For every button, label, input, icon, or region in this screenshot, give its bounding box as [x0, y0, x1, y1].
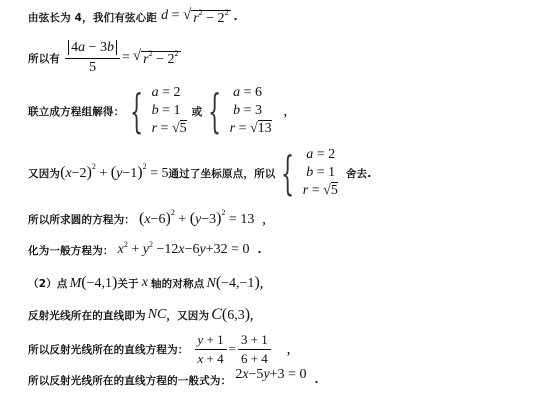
comma: ，	[250, 308, 261, 323]
text: （2）点	[28, 276, 68, 291]
line-reflected-ray: 反射光线所在的直线即为 NC ，又因为 C(6,3) ，	[28, 306, 261, 324]
system-1: { a = 2 b = 1 r = √5	[126, 84, 186, 138]
text2: 通过了坐标原点，所以	[168, 166, 275, 181]
comma: ，	[287, 342, 298, 357]
line-circle-equation: 所以所求圆的方程为： (x−6)2 + (y−3)2 = 13 ，	[28, 210, 273, 228]
text: 所以反射光线所在的直线方程为：	[28, 342, 189, 357]
comma: ，	[284, 104, 295, 119]
system-2: { a = 6 b = 3 r = √13	[204, 84, 271, 138]
formula-final: 2x−5y+3 = 0	[235, 367, 306, 383]
text2: 关于	[117, 276, 138, 291]
line-origin-check: 又因为 (x−2)2 + (y−1)2 = 5 通过了坐标原点，所以 { a =…	[28, 146, 371, 200]
formula-general: x2 + y2 −12x−6y+32 = 0	[118, 242, 250, 258]
text: 又因为	[28, 166, 60, 181]
formula-two-point: y + 1x + 4 = 3 + 16 + 4	[193, 332, 273, 366]
point-m: M(−4,1)	[70, 274, 118, 292]
period: .	[258, 244, 262, 256]
text: 由弦长为 4，我们有弦心距	[28, 10, 157, 25]
formula-circle-1: (x−2)2 + (y−1)2 = 5	[60, 164, 168, 182]
text: 联立成方程组解得：	[28, 104, 124, 119]
comma: ，	[260, 276, 271, 291]
discard-text: 舍去.	[346, 166, 372, 181]
point-n: N(−4,−1)	[206, 274, 259, 292]
text: 反射光线所在的直线即为	[28, 308, 146, 323]
line-final-form: 所以反射光线所在的直线方程的一般式为： 2x−5y+3 = 0 .	[28, 372, 319, 388]
formula-circle-2: (x−6)2 + (y−3)2 = 13	[139, 210, 254, 228]
line-distance-equation: 所以有 4a − 3b5 = √r2 − 22	[28, 40, 181, 77]
text: 所以反射光线所在的直线方程的一般式为：	[28, 373, 231, 388]
formula-d: d = √r2 − 22	[161, 8, 231, 26]
text2: ，又因为	[166, 308, 209, 323]
period: .	[314, 374, 318, 386]
line-system-solution: 联立成方程组解得： { a = 2 b = 1 r = √5 或 { a = 6…	[28, 84, 294, 138]
text: 所以所求圆的方程为：	[28, 212, 135, 227]
comma: ，	[262, 212, 273, 227]
line-two-point-form: 所以反射光线所在的直线方程为： y + 1x + 4 = 3 + 16 + 4 …	[28, 332, 298, 366]
period: .	[234, 11, 238, 23]
text: 所以有	[28, 51, 60, 66]
line-part-2: （2）点 M(−4,1) 关于 x 轴的对称点 N(−4,−1) ，	[28, 274, 270, 292]
system-rejected: { a = 2 b = 1 r = √5	[277, 146, 337, 200]
line-chord-distance: 由弦长为 4，我们有弦心距 d = √r2 − 22 .	[28, 8, 238, 26]
line-general-form: 化为一般方程为： x2 + y2 −12x−6y+32 = 0 .	[28, 242, 262, 258]
line-nc: NC	[148, 307, 167, 323]
axis-x: x	[142, 275, 148, 291]
text: 化为一般方程为：	[28, 243, 114, 258]
formula-fraction: 4a − 3b5 = √r2 − 22	[63, 40, 180, 77]
or: 或	[192, 104, 203, 119]
point-c: C(6,3)	[211, 306, 250, 324]
text3: 轴的对称点	[151, 276, 205, 291]
